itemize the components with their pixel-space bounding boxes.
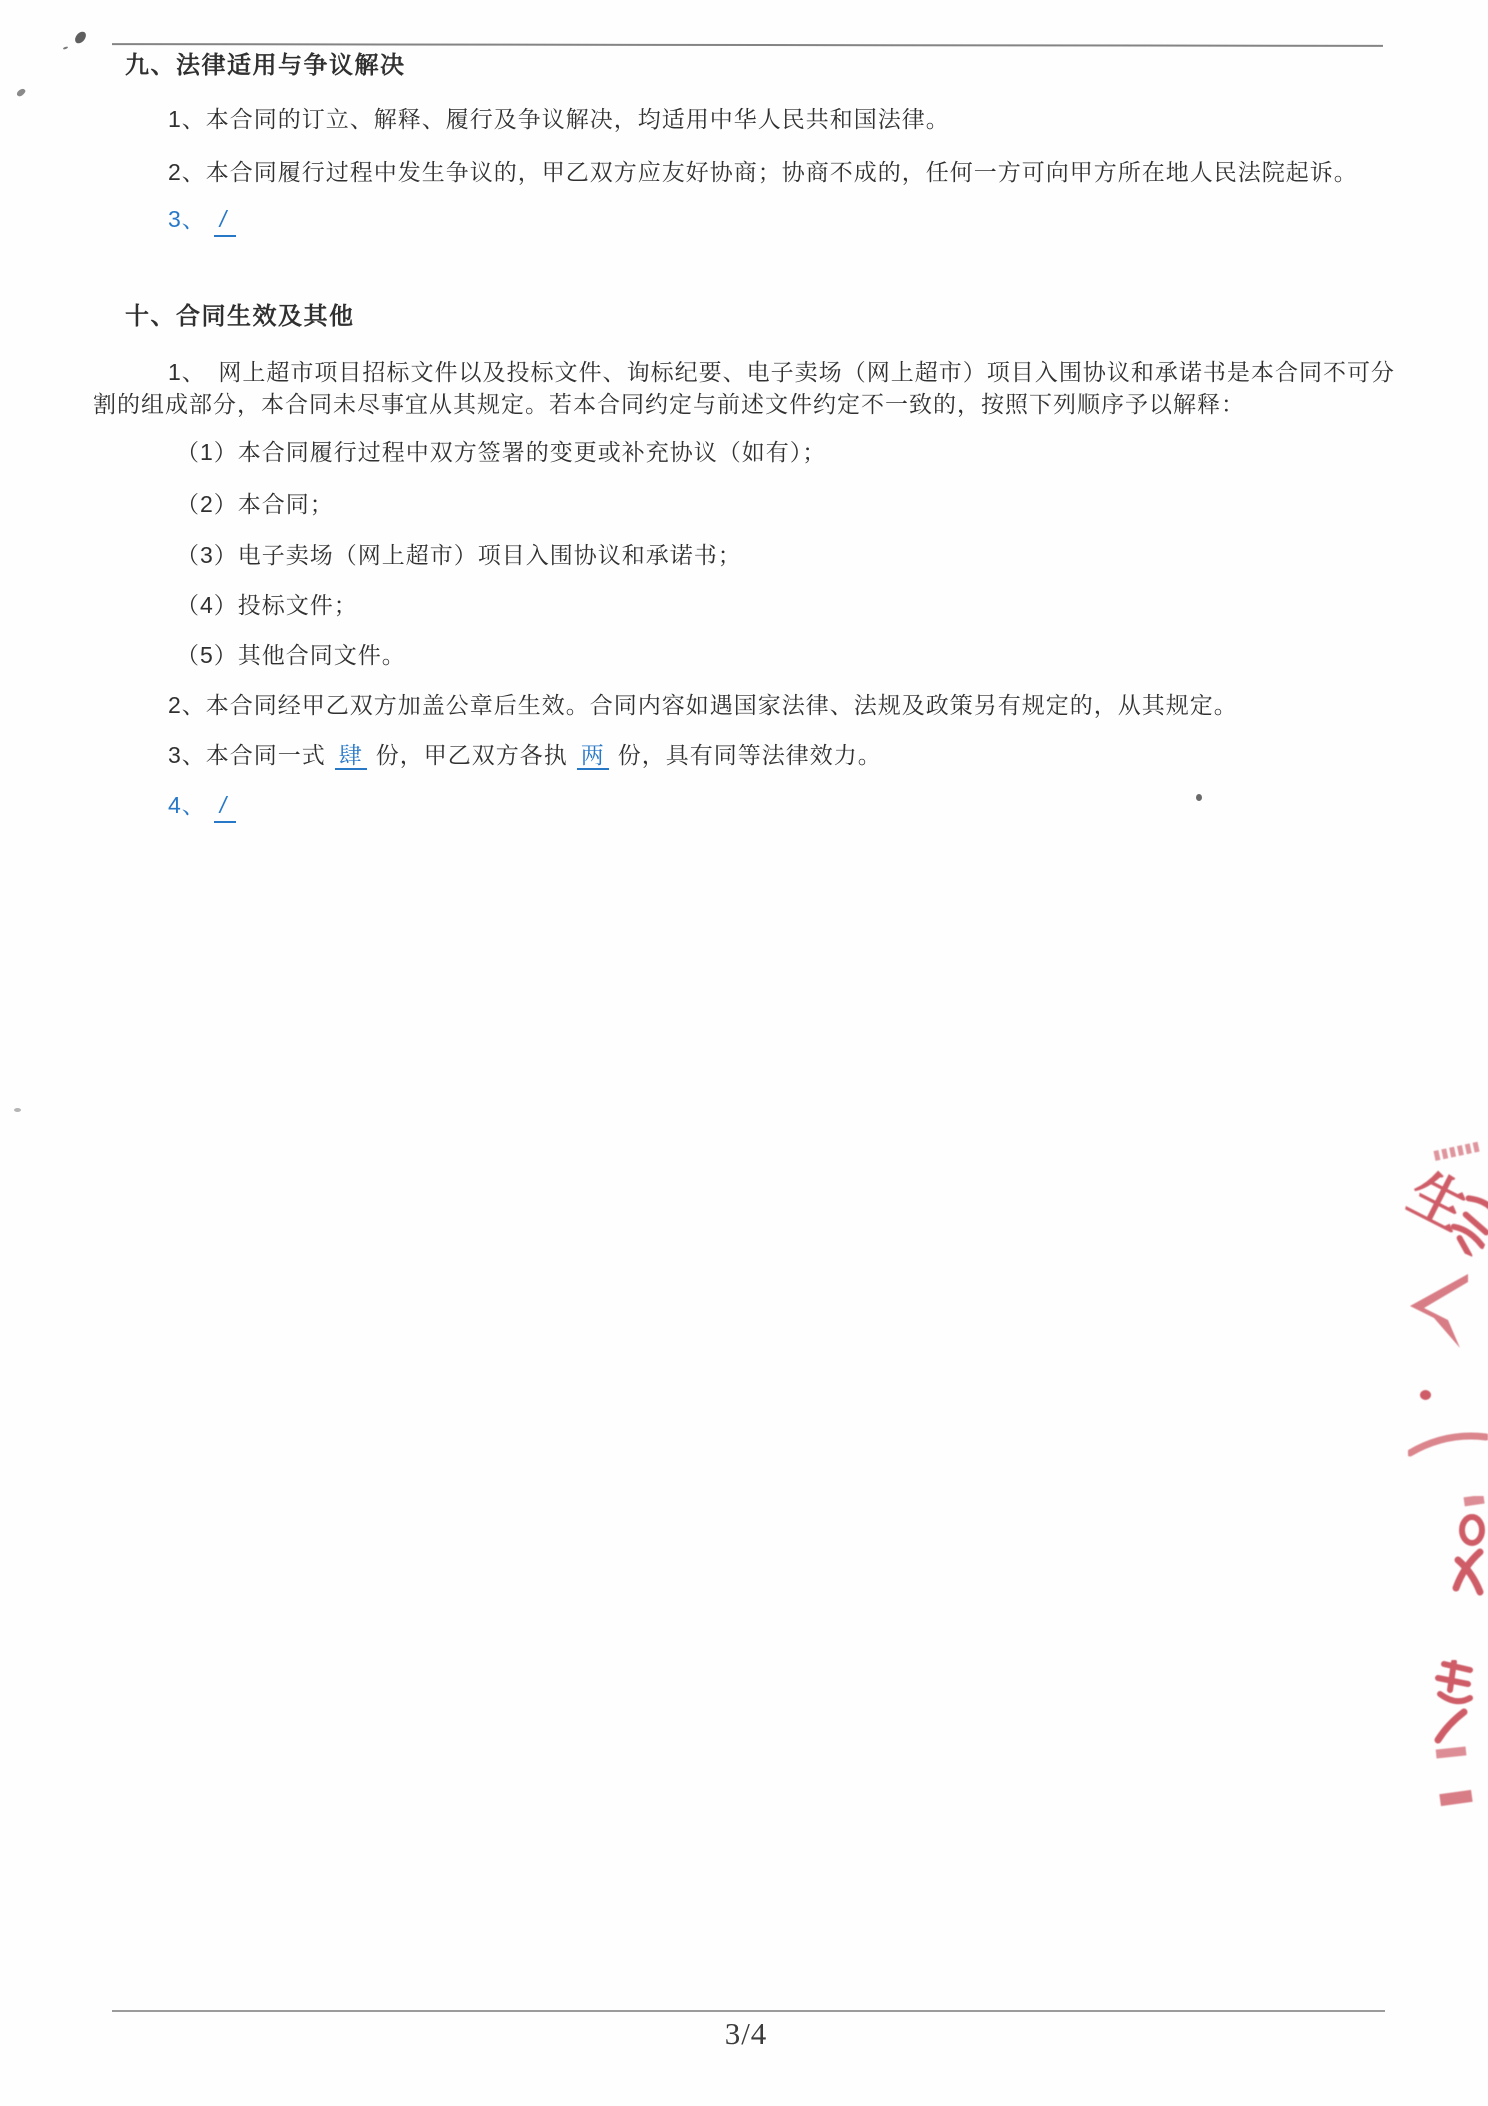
clause-number: 3、 <box>168 206 206 232</box>
clause-text: 份，甲乙双方各执 <box>376 742 568 768</box>
handwritten-slash-blank: / <box>214 789 236 823</box>
clause-9-2: 2、本合同履行过程中发生争议的，甲乙双方应友好协商；协商不成的，任何一方可向甲方… <box>168 156 1395 188</box>
stamp-fragment-vertical-text <box>1446 1496 1488 1616</box>
clause-10-1: 1、 网上超市项目招标文件以及投标文件、询标纪要、电子卖场（网上超市）项目入围协… <box>93 356 1395 420</box>
scan-speck <box>63 46 68 50</box>
filled-blank-copies-each: 两 <box>577 742 609 770</box>
handwritten-slash-blank: / <box>214 203 236 237</box>
clause-10-1-sub-5: （5）其他合同文件。 <box>176 639 1395 671</box>
stamp-fragment-lower-text <box>1430 1660 1476 1810</box>
filled-blank-copies-total: 肆 <box>335 742 367 770</box>
clause-text: 份，具有同等法律效力。 <box>618 742 882 768</box>
document-page: 九、法律适用与争议解决 1、本合同的订立、解释、履行及争议解决，均适用中华人民共… <box>0 0 1488 2106</box>
clause-10-1-sub-2: （2）本合同； <box>176 488 1395 520</box>
stamp-fragment-dot <box>1420 1390 1431 1400</box>
clause-10-3: 3、本合同一式肆份，甲乙双方各执两份，具有同等法律效力。 <box>168 739 1395 771</box>
scan-speck <box>14 1108 21 1112</box>
section-9-heading: 九、法律适用与争议解决 <box>125 50 1427 82</box>
clause-10-1-sub-3: （3）电子卖场（网上超市）项目入围协议和承诺书； <box>176 539 1395 571</box>
clause-10-1-sub-4: （4）投标文件； <box>176 589 1395 621</box>
page-number: 3/4 <box>696 2016 796 2052</box>
section-10-heading: 十、合同生效及其他 <box>125 301 1427 333</box>
clause-number: 4、 <box>168 792 206 818</box>
clause-10-4: 4、/ <box>168 789 1395 823</box>
header-rule <box>112 43 1383 47</box>
stamp-fragment-chevron <box>1406 1272 1472 1350</box>
stamp-fragment-curve <box>1408 1426 1488 1458</box>
clause-9-1: 1、本合同的订立、解释、履行及争议解决，均适用中华人民共和国法律。 <box>168 103 1395 135</box>
clause-text: 3、本合同一式 <box>168 742 326 768</box>
scan-speck <box>73 30 87 46</box>
clause-10-1-sub-1: （1）本合同履行过程中双方签署的变更或补充协议（如有）； <box>176 436 1395 468</box>
clause-10-2: 2、本合同经甲乙双方加盖公章后生效。合同内容如遇国家法律、法规及政策另有规定的，… <box>168 689 1395 721</box>
scan-speck <box>16 87 26 98</box>
footer-rule <box>112 2010 1385 2012</box>
clause-9-3: 3、/ <box>168 203 1395 237</box>
